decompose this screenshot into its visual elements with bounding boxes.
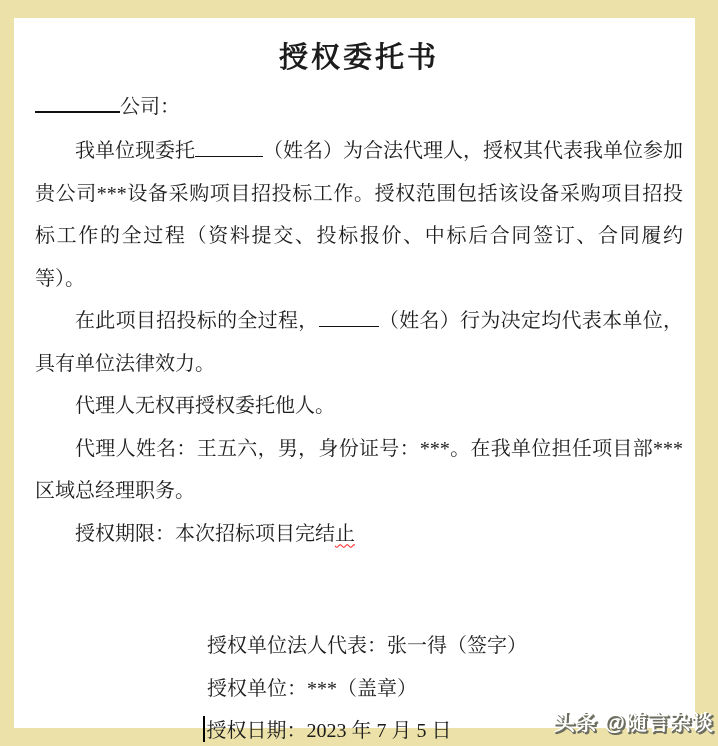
- salutation-line: 公司：: [35, 92, 683, 122]
- paragraph-term: 授权期限：本次招标项目完结止: [35, 513, 683, 556]
- document-content: 授权委托书 公司： 我单位现委托（姓名）为合法代理人，授权其代表我单位参加贵公司…: [14, 18, 695, 728]
- paragraph-agent-info: 代理人姓名：王五六，男，身份证号：***。在我单位担任项目部***区域总经理职务…: [35, 428, 683, 513]
- blank-underline-name-1: [195, 137, 263, 157]
- blank-underline-company: [35, 93, 120, 113]
- date-text: 授权日期：2023 年 7 月 5 日: [207, 720, 452, 742]
- paragraph-no-subdelegation: 代理人无权再授权委托他人。: [35, 385, 683, 428]
- document-title: 授权委托书: [35, 40, 683, 76]
- p5-misspelled-text: 止: [335, 523, 355, 545]
- paragraph-effect: 在此项目招投标的全过程，（姓名）行为决定均代表本单位，具有单位法律效力。: [35, 300, 683, 385]
- p5-pre-text: 授权期限：本次招标项目完结: [75, 523, 335, 545]
- paragraph-authorization: 我单位现委托（姓名）为合法代理人，授权其代表我单位参加贵公司***设备采购项目招…: [35, 130, 683, 300]
- blank-underline-name-2: [319, 307, 379, 327]
- unit-line: 授权单位：***（盖章）: [207, 668, 683, 711]
- watermark: 头条 @随言杂谈: [554, 707, 714, 737]
- p1-post-text: （姓名）为合法代理人，授权其代表我单位参加贵公司***设备采购项目招投标工作。授…: [35, 140, 683, 290]
- salutation-label: 公司：: [120, 96, 180, 118]
- p1-pre-text: 我单位现委托: [75, 140, 195, 162]
- document-body: 我单位现委托（姓名）为合法代理人，授权其代表我单位参加贵公司***设备采购项目招…: [35, 130, 683, 555]
- p2-pre-text: 在此项目招投标的全过程，: [75, 310, 319, 332]
- legal-rep-line: 授权单位法人代表：张一得（签字）: [207, 625, 683, 668]
- document-page: 授权委托书 公司： 我单位现委托（姓名）为合法代理人，授权其代表我单位参加贵公司…: [14, 18, 695, 728]
- text-cursor[interactable]: [203, 716, 205, 742]
